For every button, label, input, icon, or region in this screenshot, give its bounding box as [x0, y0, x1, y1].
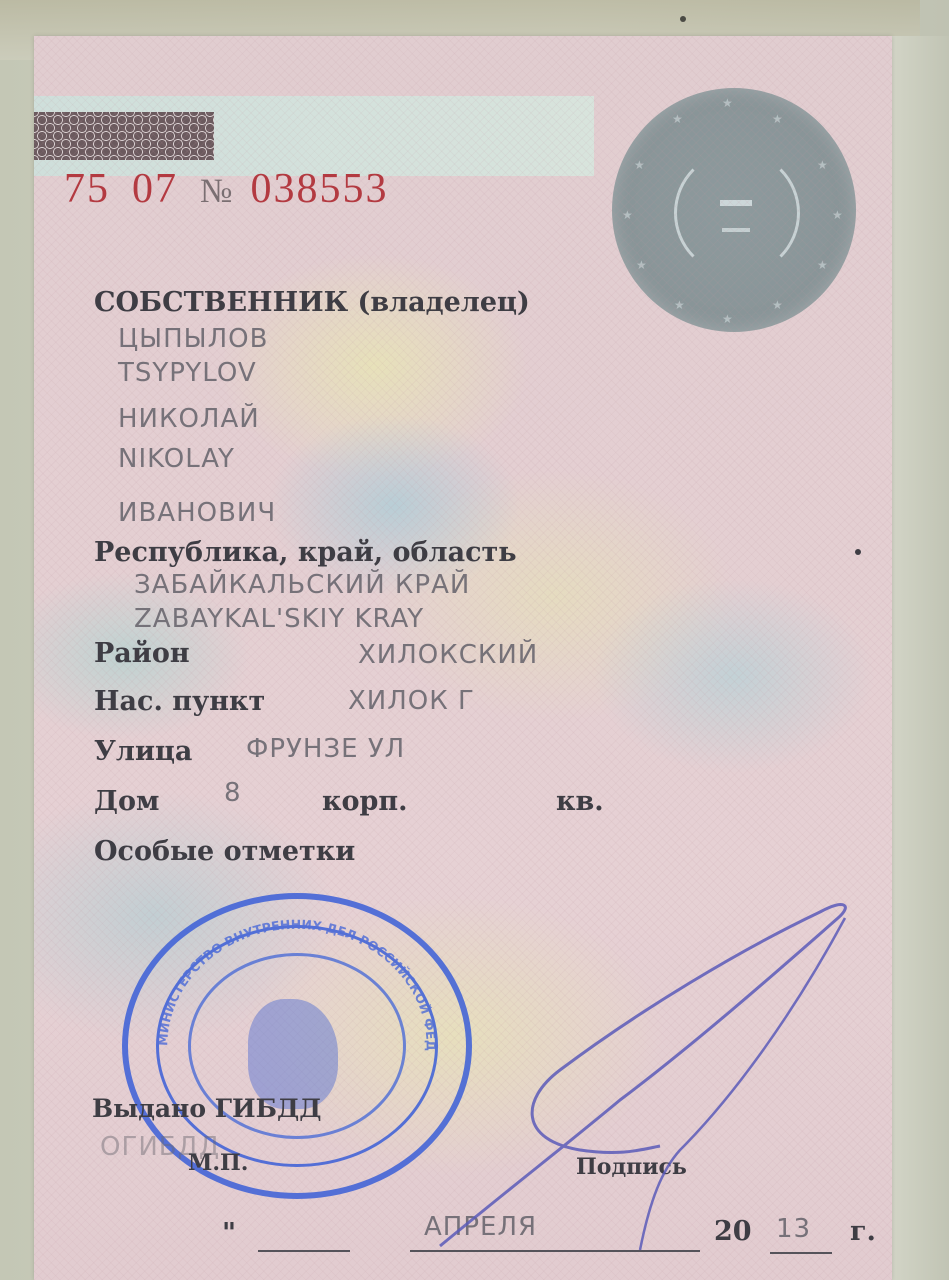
- svg-text:МИНИСТЕРСТВО ВНУТРЕННИХ ДЕЛ РО: МИНИСТЕРСТВО ВНУТРЕННИХ ДЕЛ РОССИЙСКОЙ Ф…: [128, 899, 439, 1051]
- sleeve-right-edge: [892, 36, 949, 1280]
- document-serial-number: 7507№038553: [64, 165, 388, 213]
- seal-label: М.П.: [188, 1150, 248, 1176]
- locality-label: Нас. пункт: [94, 686, 265, 717]
- building-label: корп.: [322, 786, 408, 817]
- document-number: 038553: [250, 166, 388, 212]
- date-year-unit: г.: [850, 1216, 876, 1247]
- owner-surname-ru: ЦЫПЫЛОВ: [118, 324, 268, 354]
- house-label: Дом: [94, 786, 159, 817]
- sleeve-hole: [680, 16, 686, 22]
- date-month-line: [410, 1250, 700, 1252]
- date-day-line: [258, 1250, 350, 1252]
- date-quote: ": [222, 1218, 236, 1249]
- number-sign: №: [200, 173, 234, 210]
- region-value-ru: ЗАБАЙКАЛЬСКИЙ КРАЙ: [134, 570, 470, 600]
- owner-name-lat: NIKOLAY: [118, 444, 235, 474]
- date-year-prefix: 20: [714, 1216, 752, 1247]
- guilloche-strip: [34, 112, 214, 160]
- region-label: Республика, край, область: [94, 537, 517, 568]
- street-value: ФРУНЗЕ УЛ: [246, 734, 405, 764]
- date-year-line: [770, 1252, 832, 1254]
- special-marks-label: Особые отметки: [94, 836, 355, 867]
- owner-name-ru: НИКОЛАЙ: [118, 404, 260, 434]
- series-code: 07: [132, 166, 178, 212]
- signature-label: Подпись: [576, 1154, 687, 1180]
- apartment-label: кв.: [556, 786, 604, 817]
- house-value: 8: [224, 778, 242, 808]
- series-region: 75: [64, 166, 110, 212]
- district-label: Район: [94, 638, 190, 669]
- owner-patronymic-ru: ИВАНОВИЧ: [118, 498, 276, 528]
- locality-value: ХИЛОК Г: [348, 686, 475, 716]
- district-value: ХИЛОКСКИЙ: [358, 640, 538, 670]
- street-label: Улица: [94, 736, 192, 767]
- date-month-value: АПРЕЛЯ: [424, 1212, 537, 1242]
- owner-label: СОБСТВЕННИК (владелец): [94, 287, 530, 318]
- date-year-suffix: 13: [776, 1214, 811, 1244]
- region-value-lat: ZABAYKAL'SKIY KRAY: [134, 604, 424, 634]
- hologram-seal-icon: ★ ★ ★ ★ ★ ★ ★ ★ ★ ★ ★ ★: [612, 88, 856, 332]
- issued-by-label: Выдано ГИБДД: [92, 1094, 321, 1123]
- owner-surname-lat: TSYPYLOV: [118, 358, 257, 388]
